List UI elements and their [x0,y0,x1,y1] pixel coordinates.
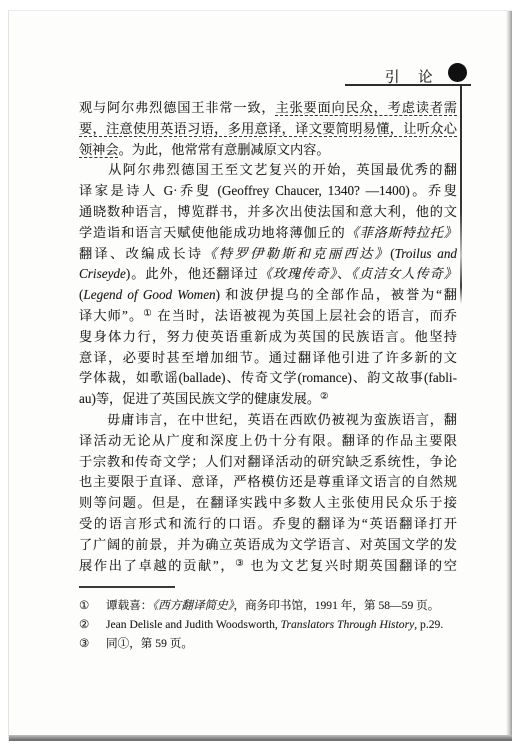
text-segment: 学造诣和语言天赋使他能成功地将薄伽丘的 [79,225,346,240]
text-segment: Jean Delisle and Judith Woodsworth, [106,618,281,631]
text-line: Criseyde)。此外，他还翻译过《玫瑰传奇》、《贞洁女人传奇》 [79,264,457,285]
text-line: 意译，必要时甚至增加细节。通过翻译他引进了许多新的文 [79,348,457,369]
text-line: 也主要限于直译、意译，严格模仿还是尊重译文语言的自然规 [79,472,457,493]
chapter-dot-icon [448,63,467,82]
text-line: 受的语言形式和流行的口语。乔叟的翻译为“英语翻译打开 [79,514,457,535]
text-segment: Troilus and [395,246,457,261]
text-line: 叟身体力行，努力使英语重新成为英国的民族语言。他坚持 [79,327,457,348]
text-segment: 翻译、改编成长诗 [79,246,204,261]
text-segment: au)等，促进了英国民族文学的健康发展。 [79,391,320,406]
text-segment: 学体裁，如歌谣(ballade)、传奇文学(romance)、韵文故事(fabl… [79,370,457,385]
text-segment: 《西方翻译简史》 [152,599,233,612]
text-line: 于宗教和传奇文学；人们对翻译活动的研究缺乏系统性，争论 [79,452,457,473]
text-segment: , p.29. [414,618,443,631]
footnotes: ①谭载喜：《西方翻译简史》，商务印书馆，1991 年，第 58—59 页。②Je… [79,597,467,653]
text-line: 从阿尔弗烈德国王至文艺复兴的开始，英国最优秀的翻 [79,160,457,181]
text-segment: 展作出了卓越的贡献”， [79,558,235,573]
footnote-item: ①谭载喜：《西方翻译简史》，商务印书馆，1991 年，第 58—59 页。 [79,597,467,616]
footnote-reference: ③ [235,559,245,569]
text-segment: 了广阔的前景，并为确立英语成为文学语言、对英国文学的发 [79,537,457,552]
text-line: 学造诣和语言天赋使他能成功地将薄伽丘的《菲洛斯特拉托》 [79,223,457,244]
text-segment: 、 [337,266,351,281]
text-line: 领神会。为此，他常常有意删减原文内容。 [79,140,457,161]
text-segment: 《菲洛斯特拉托》 [346,225,457,240]
footnote-item: ②Jean Delisle and Judith Woodsworth, Tra… [79,616,467,635]
footnote-reference: ① [143,309,153,319]
text-line: 通晓数种语言，博览群书，并多次出使法国和意大利，他的文 [79,202,457,223]
text-segment: 于宗教和传奇文学；人们对翻译活动的研究缺乏系统性，争论 [79,454,457,469]
text-segment: 也为文艺复兴时期英国翻译的空 [245,558,457,573]
header-rule [345,84,471,86]
text-segment: 同①，第 59 页。 [106,637,193,650]
text-line: 要，注意使用英语习语，多用意译，译文要简明易懂，让听众心 [79,119,457,140]
text-line: 译家是诗人 G·乔叟 (Geoffrey Chaucer, 1340? —140… [79,181,457,202]
text-line: 译活动无论从广度和深度上仍十分有限。翻译的作品主要限 [79,431,457,452]
book-page: 引 论 观与阿尔弗烈德国王非常一致，主张要面向民众，考虑读者需要，注意使用英语习… [8,10,512,741]
footnote-text: 谭载喜：《西方翻译简史》，商务印书馆，1991 年，第 58—59 页。 [106,597,467,616]
text-segment: 也主要限于直译、意译，严格模仿还是尊重译文语言的自然规 [79,474,457,489]
text-segment: ，商务印书馆，1991 年，第 58—59 页。 [234,599,440,612]
footnote-marker: ③ [79,635,106,654]
footnote-text: 同①，第 59 页。 [106,635,467,654]
text-line: au)等，促进了英国民族文学的健康发展。② [79,389,457,410]
text-segment: 译家是诗人 G·乔叟 (Geoffrey Chaucer, 1340? —140… [79,183,457,198]
text-segment: 谭载喜： [106,599,152,612]
text-segment: Criseyde [79,266,126,281]
text-line: 译大师”。① 在当时，法语被视为英国上层社会的语言，而乔 [79,306,457,327]
footnote-separator [79,586,175,588]
text-segment: ) 和波伊提乌的全部作品，被誉为“翻 [216,287,457,302]
footnote-marker: ② [79,616,106,635]
text-line: 观与阿尔弗烈德国王非常一致，主张要面向民众，考虑读者需 [79,98,457,119]
footnote-item: ③同①，第 59 页。 [79,635,467,654]
text-line: 学体裁，如歌谣(ballade)、传奇文学(romance)、韵文故事(fabl… [79,368,457,389]
text-segment: 意译，必要时甚至增加细节。通过翻译他引进了许多新的文 [79,350,457,365]
text-segment: 从阿尔弗烈德国王至文艺复兴的开始，英国最优秀的翻 [79,162,457,177]
text-line: 翻译、改编成长诗《特罗伊勒斯和克丽西达》(Troilus and [79,244,457,265]
text-segment: 观与阿尔弗烈德国王非常一致， [79,100,275,115]
text-segment: 在当时，法语被视为英国上层社会的语言，而乔 [153,308,457,323]
text-segment: 则等问题。但是，在翻译实践中多数人主张使用民众乐于接 [79,495,457,510]
text-segment: 。为此，他常常有意删减原文内容。 [119,142,330,157]
text-segment: 通晓数种语言，博览群书，并多次出使法国和意大利，他的文 [79,204,457,219]
side-margin-rule [460,84,462,304]
text-segment: 领神会 [79,142,119,157]
text-segment: 受的语言形式和流行的口语。乔叟的翻译为“英语翻译打开 [79,516,457,531]
text-segment: 《玫瑰传奇》 [259,266,337,281]
page-edge-bottom [9,735,512,741]
page-edge-right [506,11,512,741]
text-segment: 译大师”。 [79,308,143,323]
text-segment: )。此外，他还翻译过 [126,266,259,281]
text-segment: 《贞洁女人传奇》 [351,266,457,281]
text-segment: 《特罗伊勒斯和克丽西达》 [204,246,391,261]
text-segment: 主张要面向民众，考虑读者需 [275,100,457,115]
text-line: 则等问题。但是，在翻译实践中多数人主张使用民众乐于接 [79,493,457,514]
text-segment: 要，注意使用英语习语，多用意译，译文要简明易懂，让听众心 [79,121,457,136]
text-segment: 叟身体力行，努力使英语重新成为英国的民族语言。他坚持 [79,329,457,344]
text-line: 展作出了卓越的贡献”，③ 也为文艺复兴时期英国翻译的空 [79,556,457,577]
footnote-reference: ② [320,392,329,402]
footnote-text: Jean Delisle and Judith Woodsworth, Tran… [106,616,467,635]
footnote-marker: ① [79,597,106,616]
text-segment: Legend of Good Women [83,287,215,302]
text-segment: 毋庸讳言，在中世纪，英语在西欧仍被视为蛮族语言，翻 [79,412,457,427]
text-segment: 译活动无论从广度和深度上仍十分有限。翻译的作品主要限 [79,433,457,448]
text-line: 毋庸讳言，在中世纪，英语在西欧仍被视为蛮族语言，翻 [79,410,457,431]
text-segment: Translators Through History [281,618,415,631]
text-line: (Legend of Good Women) 和波伊提乌的全部作品，被誉为“翻 [79,285,457,306]
text-line: 了广阔的前景，并为确立英语成为文学语言、对英国文学的发 [79,535,457,556]
body-text: 观与阿尔弗烈德国王非常一致，主张要面向民众，考虑读者需要，注意使用英语习语，多用… [79,98,457,576]
